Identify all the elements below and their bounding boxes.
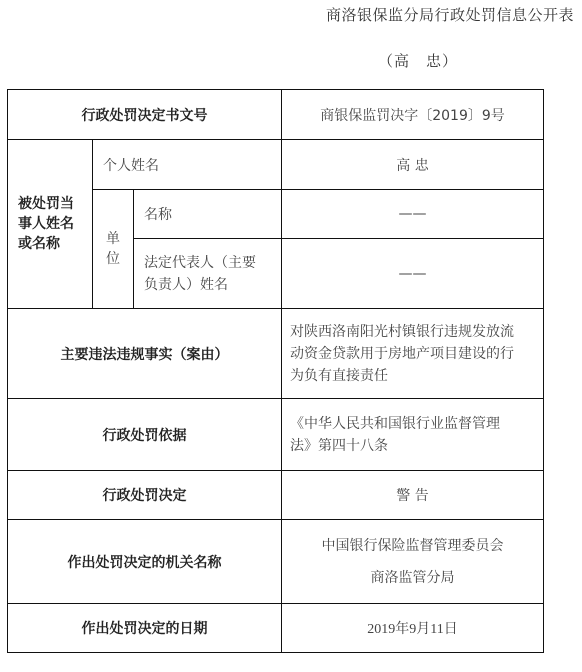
legal-rep-value: —— (282, 239, 544, 309)
facts-value: 对陕西洛南阳光村镇银行违规发放流 动资金贷款用于房地产项目建设的行 为负有直接责… (282, 309, 544, 399)
facts-line: 动资金贷款用于房地产项目建设的行 (290, 343, 543, 365)
authority-line: 商洛监管分局 (282, 562, 543, 594)
party-label-line: 事人姓名 (18, 214, 92, 234)
doc-number-label: 行政处罚决定书文号 (8, 90, 282, 140)
document-title: 商洛银保监分局行政处罚信息公开表 (326, 4, 574, 25)
row-individual-name: 被处罚当 事人姓名 或名称 个人姓名 高 忠 (8, 140, 544, 190)
authority-value: 中国银行保险监督管理委员会 商洛监管分局 (282, 520, 544, 604)
row-facts: 主要违法违规事实（案由） 对陕西洛南阳光村镇银行违规发放流 动资金贷款用于房地产… (8, 309, 544, 399)
basis-label: 行政处罚依据 (8, 399, 282, 471)
legal-rep-label-line: 负责人）姓名 (144, 274, 281, 296)
unit-name-value: —— (282, 190, 544, 239)
unit-label-line: 位 (93, 249, 133, 269)
basis-line: 法》第四十八条 (290, 435, 543, 457)
facts-line: 为负有直接责任 (290, 365, 543, 387)
unit-label: 单 位 (93, 190, 134, 309)
decision-label: 行政处罚决定 (8, 471, 282, 520)
unit-name-label: 名称 (134, 190, 282, 239)
date-value: 2019年9月11日 (282, 604, 544, 653)
date-label: 作出处罚决定的日期 (8, 604, 282, 653)
facts-line: 对陕西洛南阳光村镇银行违规发放流 (290, 321, 543, 343)
document-subtitle: （高 忠） (378, 50, 458, 71)
legal-rep-label: 法定代表人（主要 负责人）姓名 (134, 239, 282, 309)
row-date: 作出处罚决定的日期 2019年9月11日 (8, 604, 544, 653)
basis-line: 《中华人民共和国银行业监督管理 (290, 413, 543, 435)
party-label-line: 被处罚当 (18, 194, 92, 214)
doc-number-value: 商银保监罚决字〔2019〕9号 (282, 90, 544, 140)
individual-name-value: 高 忠 (282, 140, 544, 190)
row-authority: 作出处罚决定的机关名称 中国银行保险监督管理委员会 商洛监管分局 (8, 520, 544, 604)
unit-label-line: 单 (93, 229, 133, 249)
authority-label: 作出处罚决定的机关名称 (8, 520, 282, 604)
penalty-info-table: 行政处罚决定书文号 商银保监罚决字〔2019〕9号 被处罚当 事人姓名 或名称 … (7, 89, 544, 653)
row-basis: 行政处罚依据 《中华人民共和国银行业监督管理 法》第四十八条 (8, 399, 544, 471)
authority-line: 中国银行保险监督管理委员会 (282, 530, 543, 562)
legal-rep-label-line: 法定代表人（主要 (144, 252, 281, 274)
row-decision: 行政处罚决定 警 告 (8, 471, 544, 520)
basis-value: 《中华人民共和国银行业监督管理 法》第四十八条 (282, 399, 544, 471)
facts-label: 主要违法违规事实（案由） (8, 309, 282, 399)
row-doc-number: 行政处罚决定书文号 商银保监罚决字〔2019〕9号 (8, 90, 544, 140)
decision-value: 警 告 (282, 471, 544, 520)
party-label: 被处罚当 事人姓名 或名称 (8, 140, 93, 309)
party-label-line: 或名称 (18, 234, 92, 254)
individual-name-label: 个人姓名 (93, 140, 282, 190)
